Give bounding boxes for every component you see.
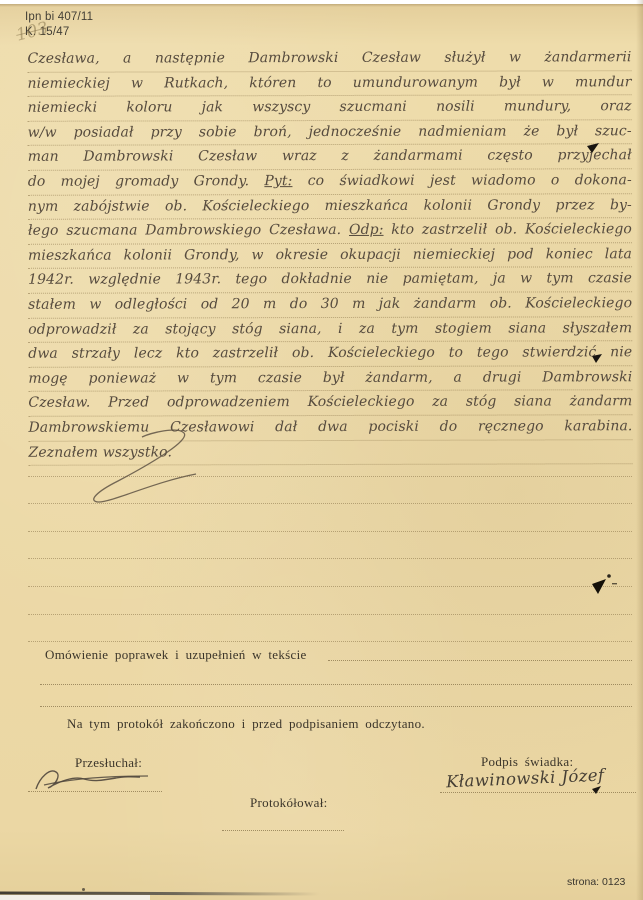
scan-edge-bottom-white xyxy=(0,895,150,900)
handwriting-line: Czesław. Przed odprowadzeniem Kościeleck… xyxy=(28,391,632,417)
handwriting-line: man Dambrowski Czesław wraz z żandarmami… xyxy=(28,145,632,171)
paper-speck xyxy=(82,888,85,891)
blank-rule xyxy=(28,559,632,587)
blank-rule xyxy=(28,587,632,615)
recorder-label: Protokółował: xyxy=(250,795,328,811)
handwriting-line: niemiecki koloru jak wszyscy szucmani no… xyxy=(28,95,632,121)
corrections-rule xyxy=(328,660,632,661)
pencil-page-number: 103 xyxy=(14,18,50,45)
closing-statement: Na tym protokół zakończono i przed podpi… xyxy=(67,716,425,732)
handwriting-line: w/w posiadał przy sobie broń, jednocześn… xyxy=(28,120,632,146)
witness-signature-rule xyxy=(440,792,636,793)
blank-rule xyxy=(28,449,632,477)
recorder-signature-rule xyxy=(222,830,344,831)
handwriting-line: dwa strzały lecz kto zastrzelił ob. Kośc… xyxy=(28,341,632,367)
witness-signature: Kławinowski Józef xyxy=(446,764,643,792)
handwriting-line: stałem w odległości od 20 m do 30 m jak … xyxy=(28,292,632,318)
blank-rule xyxy=(28,477,632,505)
handwriting-line: mogę ponieważ w tym czasie był żandarm, … xyxy=(28,366,632,392)
handwriting-line: odprowadził za stojący stóg siana, i za … xyxy=(28,317,632,343)
handwriting-line: łego szucmana Dambrowskiego Czesława. Od… xyxy=(28,218,632,244)
corrections-label: Omówienie poprawek i uzupełnień w tekści… xyxy=(45,647,307,663)
handwriting-block: Czesława, a następnie Dambrowski Czesław… xyxy=(27,46,632,466)
handwriting-line: mieszkańca kolonii Grondy, w okresie oku… xyxy=(28,243,632,269)
scanned-protocol-page: Ipn bi 407/11 K. 15/47 103 Czesława, a n… xyxy=(0,0,643,900)
paper-top-shadow xyxy=(0,4,643,7)
handwriting-line: niemieckiej w Rutkach, któren to umundur… xyxy=(28,71,632,97)
blank-rule xyxy=(28,532,632,560)
corrections-rule xyxy=(40,706,632,707)
handwriting-line: nym zabójstwie ob. Kościeleckiego mieszk… xyxy=(28,194,632,220)
corrections-rule xyxy=(40,684,632,685)
blank-ruled-lines xyxy=(28,449,632,642)
handwriting-line: Czesława, a następnie Dambrowski Czesław… xyxy=(27,46,631,72)
interrogator-signature-rule xyxy=(28,791,162,792)
ink-blot xyxy=(592,354,604,364)
handwriting-line: do mojej gromady Grondy. Pyt: co świadko… xyxy=(28,169,632,195)
ink-blot xyxy=(587,143,601,155)
ink-blot xyxy=(590,572,620,598)
page-number: strona: 0123 xyxy=(567,876,625,888)
blank-rule xyxy=(28,504,632,532)
blank-rule xyxy=(28,615,632,643)
ink-blot xyxy=(592,786,602,795)
handwriting-line: 1942r. względnie 1943r. tego dokładnie n… xyxy=(28,268,632,294)
